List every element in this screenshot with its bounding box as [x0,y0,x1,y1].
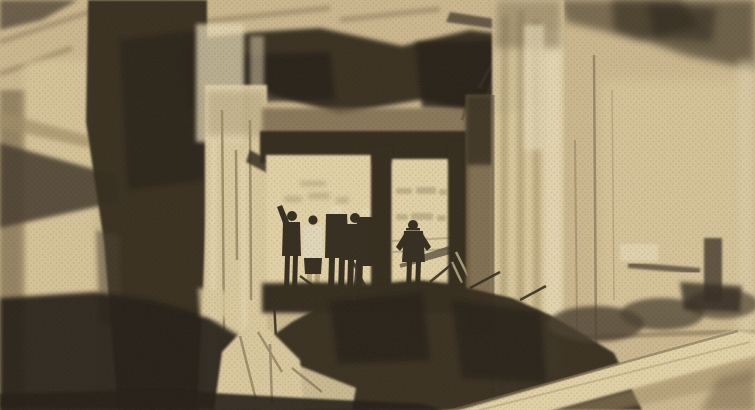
newspaper-photo [0,0,755,410]
burned-interior-photograph [0,0,755,410]
halftone-dot-overlay [0,0,755,410]
